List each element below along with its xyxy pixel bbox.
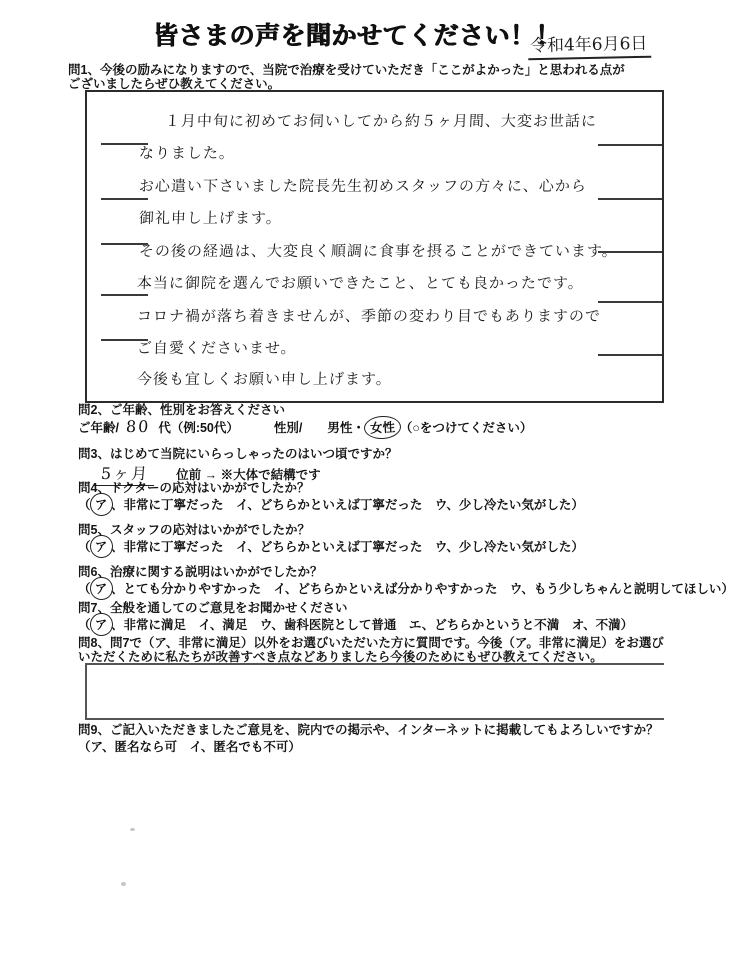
ruled-line-stub [598, 198, 662, 200]
q5-heading: 問5、スタッフの応対はいかがでしたか？ [78, 523, 310, 538]
q4-heading: 問4、ドクターの応対はいかがでしたか？ [78, 481, 309, 496]
q5-choice-circle-mark: ア [89, 534, 113, 559]
q1-answer-line: 本当に御院を選んでお願いできたこと、とても良かったです。 [137, 272, 585, 293]
q7-heading: 問7、全般を通してのご意見をお聞かせください [78, 601, 347, 616]
q6-choice-circle-mark: ア [89, 576, 113, 601]
q3-answer-suffix: 位前 → ※大体で結構です [176, 468, 320, 482]
q1-answer-line: １月中旬に初めてお伺いしてから約５ヶ月間、大変お世話に [165, 110, 598, 131]
q2-heading: 問2、ご年齢、性別をお答えください [78, 403, 285, 418]
q6-heading: 問6、治療に関する説明はいかがでしたか？ [78, 565, 322, 580]
q6-options-line: （ア、とても分かりやすかった イ、どちらかといえば分かりやすかった ウ、もう少し… [78, 579, 734, 598]
scan-speck [130, 828, 135, 831]
q2-age-value-handwritten: 80 [122, 417, 156, 436]
q2-sex-label: 性別/ [274, 421, 302, 435]
q7-choice-circle-mark: ア [89, 612, 113, 637]
q5-options-line: （ア、非常に丁寧だった イ、どちらかといえば丁寧だった ウ、少し冷たい気がした） [78, 537, 584, 556]
q6-options: 、とても分かりやすかった イ、どちらかといえば分かりやすかった ウ、もう少しちゃ… [111, 582, 734, 596]
q4-paren: （ [78, 498, 91, 512]
q4-choice-circle-mark: ア [89, 492, 113, 517]
q2-age-unit: 代（例:50代） [158, 421, 239, 435]
q8-heading-line1: 問8、問7で（ア、非常に満足）以外をお選びいただいた方に質問です。今後（ア。非常… [78, 636, 664, 651]
q2-sex-note: （○をつけてください） [400, 421, 533, 435]
q7-paren: （ [78, 618, 91, 632]
ruled-line-stub [598, 301, 662, 303]
q5-options: 、非常に丁寧だった イ、どちらかといえば丁寧だった ウ、少し冷たい気がした） [111, 540, 584, 554]
q1-answer-line: コロナ禍が落ち着きませんが、季節の変わり目でもありますので [137, 305, 602, 326]
ruled-line-stub [101, 294, 148, 296]
q9-heading: 問9、ご記入いただきましたご意見を、院内での掲示や、インターネットに掲載してもよ… [78, 723, 659, 738]
q2-female-circle-mark: 女性 [363, 415, 401, 440]
q9-options-line: （ア、匿名なら可 イ、匿名でも不可） [78, 737, 301, 755]
q1-answer-line: 今後も宜しくお願い申し上げます。 [137, 368, 393, 389]
q1-answer-line: お心遣い下さいました院長先生初めスタッフの方々に、心から [139, 175, 588, 196]
q4-options-line: （ア、非常に丁寧だった イ、どちらかといえば丁寧だった ウ、少し冷たい気がした） [78, 495, 584, 514]
scan-speck [121, 882, 126, 886]
q2-answer-line: ご年齢/ 80 代（例:50代） 性別/ 男性・女性（○をつけてください） [78, 417, 532, 437]
q1-answer-line: 御礼申し上げます。 [139, 207, 283, 228]
q8-answer-box [85, 663, 664, 720]
q6-paren: （ [78, 582, 91, 596]
ruled-line-stub [598, 144, 662, 146]
q5-paren: （ [78, 540, 91, 554]
handwritten-date: 令和4年6月6日 [528, 29, 652, 61]
q2-age-label: ご年齢/ [78, 421, 119, 435]
q1-answer-line: その後の経過は、大変良く順調に食事を摂ることができています。 [139, 240, 619, 261]
q3-heading: 問3、はじめて当院にいらっしゃったのはいつ頃ですか？ [78, 447, 397, 462]
q1-answer-box: １月中旬に初めてお伺いしてから約５ヶ月間、大変お世話に なりました。 お心遣い下… [85, 90, 664, 403]
ruled-line-stub [101, 198, 148, 200]
q7-options: 、非常に満足 イ、満足 ウ、歯科医院として普通 エ、どちらかというと不満 オ、不… [111, 618, 633, 632]
q1-answer-line: ご自愛くださいませ。 [137, 337, 297, 358]
q7-options-line: （ア、非常に満足 イ、満足 ウ、歯科医院として普通 エ、どちらかというと不満 オ… [78, 615, 633, 634]
q4-options: 、非常に丁寧だった イ、どちらかといえば丁寧だった ウ、少し冷たい気がした） [111, 498, 584, 512]
q1-heading-line1: 問1、今後の励みになりますので、当院で治療を受けていただき「ここがよかった」と思… [68, 63, 625, 78]
q1-answer-line: なりました。 [139, 142, 236, 163]
ruled-line-stub [598, 354, 662, 356]
questionnaire-sheet: 皆さまの声を聞かせてください！！ 令和4年6月6日 問1、今後の励みになりますの… [0, 0, 750, 970]
q2-sex-male: 男性・ [327, 421, 365, 435]
